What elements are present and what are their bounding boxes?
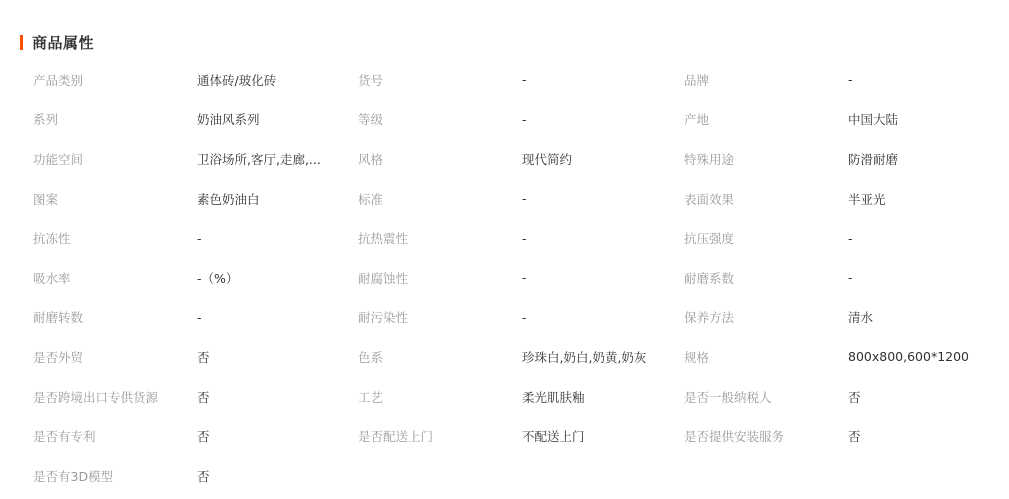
attribute-value: 通体砖/玻化砖 <box>197 60 327 100</box>
section-header: 商品属性 <box>20 33 94 51</box>
attribute-label: 标准 <box>358 179 508 219</box>
attribute-row: 是否外贸 否 色系 珍珠白,奶白,奶黄,奶灰 规格 800x800,600*12… <box>0 337 1009 377</box>
attribute-label: 货号 <box>358 60 508 100</box>
attribute-label: 等级 <box>358 100 508 140</box>
attribute-label: 是否跨境出口专供货源 <box>33 377 183 417</box>
attribute-value: - <box>522 298 672 338</box>
attribute-value: 中国大陆 <box>848 100 998 140</box>
attribute-label: 抗热震性 <box>358 218 508 258</box>
attribute-label: 是否配送上门 <box>358 416 508 456</box>
attribute-value: -（%） <box>197 258 327 298</box>
attribute-value: 否 <box>848 416 998 456</box>
attribute-value: 现代简约 <box>522 139 672 179</box>
attribute-value: - <box>522 60 672 100</box>
attribute-row: 吸水率 -（%） 耐腐蚀性 - 耐磨系数 - <box>0 258 1009 298</box>
attribute-label: 耐腐蚀性 <box>358 258 508 298</box>
attribute-label: 是否有3D模型 <box>33 456 183 496</box>
attribute-value: - <box>848 258 998 298</box>
attribute-label: 产品类别 <box>33 60 183 100</box>
attribute-label: 表面效果 <box>684 179 834 219</box>
attribute-label: 是否一般纳税人 <box>684 377 834 417</box>
attribute-value: 防滑耐磨 <box>848 139 998 179</box>
attribute-row: 是否跨境出口专供货源 否 工艺 柔光肌肤釉 是否一般纳税人 否 <box>0 377 1009 417</box>
section-title: 商品属性 <box>32 32 94 53</box>
attribute-value: - <box>197 218 327 258</box>
attribute-value: 半亚光 <box>848 179 998 219</box>
attribute-label: 是否外贸 <box>33 337 183 377</box>
attribute-value: - <box>848 218 998 258</box>
attribute-label: 保养方法 <box>684 298 834 338</box>
attribute-label: 图案 <box>33 179 183 219</box>
attribute-value: - <box>522 100 672 140</box>
attribute-label: 功能空间 <box>33 139 183 179</box>
attribute-value: - <box>522 218 672 258</box>
attribute-value: 奶油风系列 <box>197 100 327 140</box>
attribute-label: 吸水率 <box>33 258 183 298</box>
attribute-label: 耐磨系数 <box>684 258 834 298</box>
attribute-row: 是否有专利 否 是否配送上门 不配送上门 是否提供安装服务 否 <box>0 416 1009 456</box>
attribute-row: 是否有3D模型 否 <box>0 456 1009 496</box>
attribute-value: 柔光肌肤釉 <box>522 377 672 417</box>
attribute-value: 否 <box>848 377 998 417</box>
attribute-value: 卫浴场所,客厅,走廊,... <box>197 139 327 179</box>
attribute-label: 产地 <box>684 100 834 140</box>
attribute-row: 图案 素色奶油白 标准 - 表面效果 半亚光 <box>0 179 1009 219</box>
attribute-value: 否 <box>197 337 327 377</box>
attribute-row: 抗冻性 - 抗热震性 - 抗压强度 - <box>0 218 1009 258</box>
attribute-value: 800x800,600*1200 <box>848 337 998 377</box>
attribute-value: - <box>522 179 672 219</box>
product-attributes-section: 商品属性 产品类别 通体砖/玻化砖 货号 - 品牌 - 系列 奶油风系列 等级 … <box>0 0 1009 499</box>
attribute-row: 系列 奶油风系列 等级 - 产地 中国大陆 <box>0 100 1009 140</box>
attribute-value: 否 <box>197 456 327 496</box>
attribute-row: 功能空间 卫浴场所,客厅,走廊,... 风格 现代简约 特殊用途 防滑耐磨 <box>0 139 1009 179</box>
attribute-value: 珍珠白,奶白,奶黄,奶灰 <box>522 337 672 377</box>
attribute-value: 清水 <box>848 298 998 338</box>
attribute-row: 耐磨转数 - 耐污染性 - 保养方法 清水 <box>0 298 1009 338</box>
attribute-value: 素色奶油白 <box>197 179 327 219</box>
attribute-label: 品牌 <box>684 60 834 100</box>
attribute-label: 工艺 <box>358 377 508 417</box>
attribute-value: 否 <box>197 416 327 456</box>
attribute-label: 抗冻性 <box>33 218 183 258</box>
attribute-label: 是否提供安装服务 <box>684 416 834 456</box>
attribute-value: - <box>197 298 327 338</box>
attribute-label: 耐磨转数 <box>33 298 183 338</box>
attribute-label: 色系 <box>358 337 508 377</box>
attribute-label: 风格 <box>358 139 508 179</box>
attribute-value: - <box>522 258 672 298</box>
attribute-value: 不配送上门 <box>522 416 672 456</box>
attribute-label: 抗压强度 <box>684 218 834 258</box>
attribute-value: 否 <box>197 377 327 417</box>
title-accent-bar <box>20 35 23 50</box>
attribute-label: 系列 <box>33 100 183 140</box>
attribute-label: 耐污染性 <box>358 298 508 338</box>
attribute-row: 产品类别 通体砖/玻化砖 货号 - 品牌 - <box>0 60 1009 100</box>
attribute-label: 特殊用途 <box>684 139 834 179</box>
attribute-label: 是否有专利 <box>33 416 183 456</box>
attribute-value: - <box>848 60 998 100</box>
attribute-label: 规格 <box>684 337 834 377</box>
